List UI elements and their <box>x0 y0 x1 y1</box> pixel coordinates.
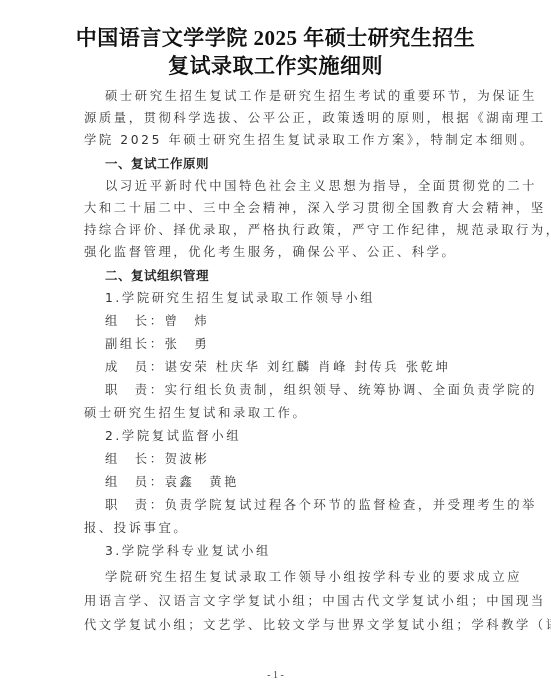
group2-members: 组 员：袁鑫 黄艳 <box>105 474 497 490</box>
document-page: 中国语言文学学院 2025 年硕士研究生招生 复试录取工作实施细则 硕士研究生招… <box>0 0 551 690</box>
section1-paragraph-line: 大和二十届二中、三中全会精神，深入学习贯彻全国教育大会精神，坚 <box>84 200 476 216</box>
group3-paragraph-line: 代文学复试小组；文艺学、比较文学与世界文学复试小组；学科教学（语 <box>84 617 476 633</box>
group2-duty-line: 报、投诉事宜。 <box>84 520 476 536</box>
intro-paragraph-line: 源质量，贯彻科学选拔、公平公正，政策透明的原则，根据《湖南理工 <box>84 110 476 126</box>
group2-leader: 组 长：贺波彬 <box>105 451 497 467</box>
document-title-line1: 中国语言文学学院 2025 年硕士研究生招生 <box>0 22 551 52</box>
intro-paragraph-line: 硕士研究生招生复试工作是研究生招生考试的重要环节，为保证生 <box>105 88 497 104</box>
group2-title: 2.学院复试监督小组 <box>105 428 497 444</box>
section1-heading: 一、复试工作原则 <box>105 154 209 172</box>
group1-duty-line: 硕士研究生招生复试和录取工作。 <box>84 405 476 421</box>
section1-paragraph-line: 强化监督管理，优化考生服务，确保公平、公正、科学。 <box>84 244 476 260</box>
group3-paragraph-line: 用语言学、汉语言文字学复试小组；中国古代文学复试小组；中国现当 <box>84 593 476 609</box>
group1-leader: 组 长：曾 炜 <box>105 313 497 329</box>
page-number: - 1 - <box>0 670 551 681</box>
group1-title: 1.学院研究生招生复试录取工作领导小组 <box>105 290 497 306</box>
section1-paragraph-line: 以习近平新时代中国特色社会主义思想为指导，全面贯彻党的二十 <box>105 178 497 194</box>
group3-title: 3.学院学科专业复试小组 <box>105 543 497 559</box>
intro-paragraph-line: 学院 2025 年硕士研究生招生复试录取工作方案》，特制定本细则。 <box>84 132 476 148</box>
group1-duty-line: 职 责：实行组长负责制，组织领导、统筹协调、全面负责学院的 <box>105 382 497 398</box>
group1-deputy: 副组长：张 勇 <box>105 336 497 352</box>
group2-duty-line: 职 责：负责学院复试过程各个环节的监督检查，并受理考生的举 <box>105 497 497 513</box>
group1-members: 成 员：谌安荣 杜庆华 刘红麟 肖峰 封传兵 张乾坤 <box>105 359 497 375</box>
section2-heading: 二、复试组织管理 <box>105 266 209 284</box>
group3-paragraph-line: 学院研究生招生复试录取工作领导小组按学科专业的要求成立应 <box>105 569 497 585</box>
document-title-line2: 复试录取工作实施细则 <box>0 50 551 80</box>
section1-paragraph-line: 持综合评价、择优录取，严格执行政策，严守工作纪律，规范录取行为， <box>84 222 476 238</box>
